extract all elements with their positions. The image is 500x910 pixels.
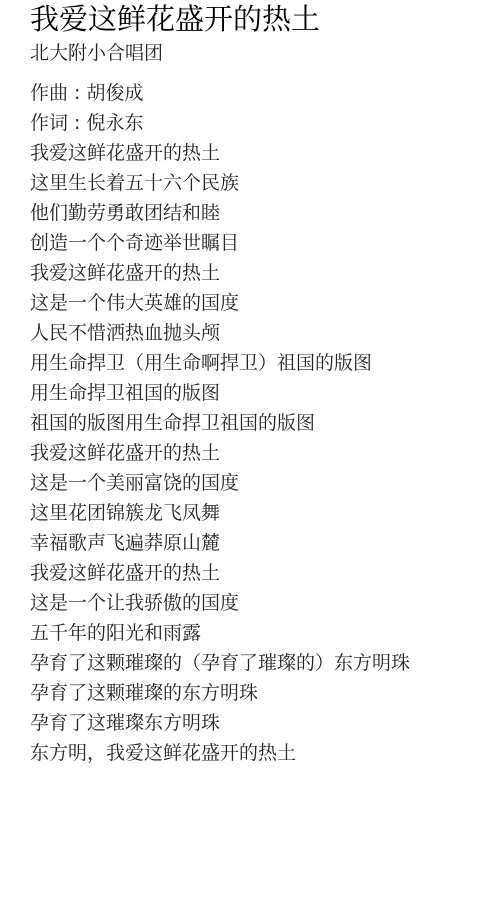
- lyric-line: 孕育了这颗璀璨的东方明珠: [30, 678, 410, 708]
- lyric-line: 我爱这鲜花盛开的热土: [30, 558, 410, 588]
- lyric-line: 创造一个个奇迹举世瞩目: [30, 228, 410, 258]
- lyric-line: 人民不惜洒热血抛头颅: [30, 318, 410, 348]
- lyric-line: 这是一个伟大英雄的国度: [30, 288, 410, 318]
- lyric-line: 孕育了这璀璨东方明珠: [30, 708, 410, 738]
- lyric-line: 这是一个美丽富饶的国度: [30, 468, 410, 498]
- lyrics-list: 作曲 : 胡俊成 作词 : 倪永东 我爱这鲜花盛开的热土 这里生长着五十六个民族…: [30, 78, 410, 768]
- lyric-line: 东方明，我爱这鲜花盛开的热土: [30, 738, 410, 768]
- lyric-line: 用生命捍卫（用生命啊捍卫）祖国的版图: [30, 348, 410, 378]
- lyric-line: 我爱这鲜花盛开的热土: [30, 138, 410, 168]
- lyric-line: 祖国的版图用生命捍卫祖国的版图: [30, 408, 410, 438]
- song-title: 我爱这鲜花盛开的热土: [30, 0, 320, 38]
- lyric-line: 用生命捍卫祖国的版图: [30, 378, 410, 408]
- lyric-line-lyricist: 作词 : 倪永东: [30, 108, 410, 138]
- song-artist: 北大附小合唱团: [30, 39, 163, 67]
- lyric-line: 这里花团锦簇龙飞凤舞: [30, 498, 410, 528]
- lyric-line: 孕育了这颗璀璨的（孕育了璀璨的）东方明珠: [30, 648, 410, 678]
- lyric-line: 我爱这鲜花盛开的热土: [30, 438, 410, 468]
- lyric-line: 五千年的阳光和雨露: [30, 618, 410, 648]
- lyric-line-composer: 作曲 : 胡俊成: [30, 78, 410, 108]
- lyric-line: 这里生长着五十六个民族: [30, 168, 410, 198]
- lyric-line: 幸福歌声飞遍莽原山麓: [30, 528, 410, 558]
- lyric-line: 这是一个让我骄傲的国度: [30, 588, 410, 618]
- lyric-line: 我爱这鲜花盛开的热土: [30, 258, 410, 288]
- lyric-line: 他们勤劳勇敢团结和睦: [30, 198, 410, 228]
